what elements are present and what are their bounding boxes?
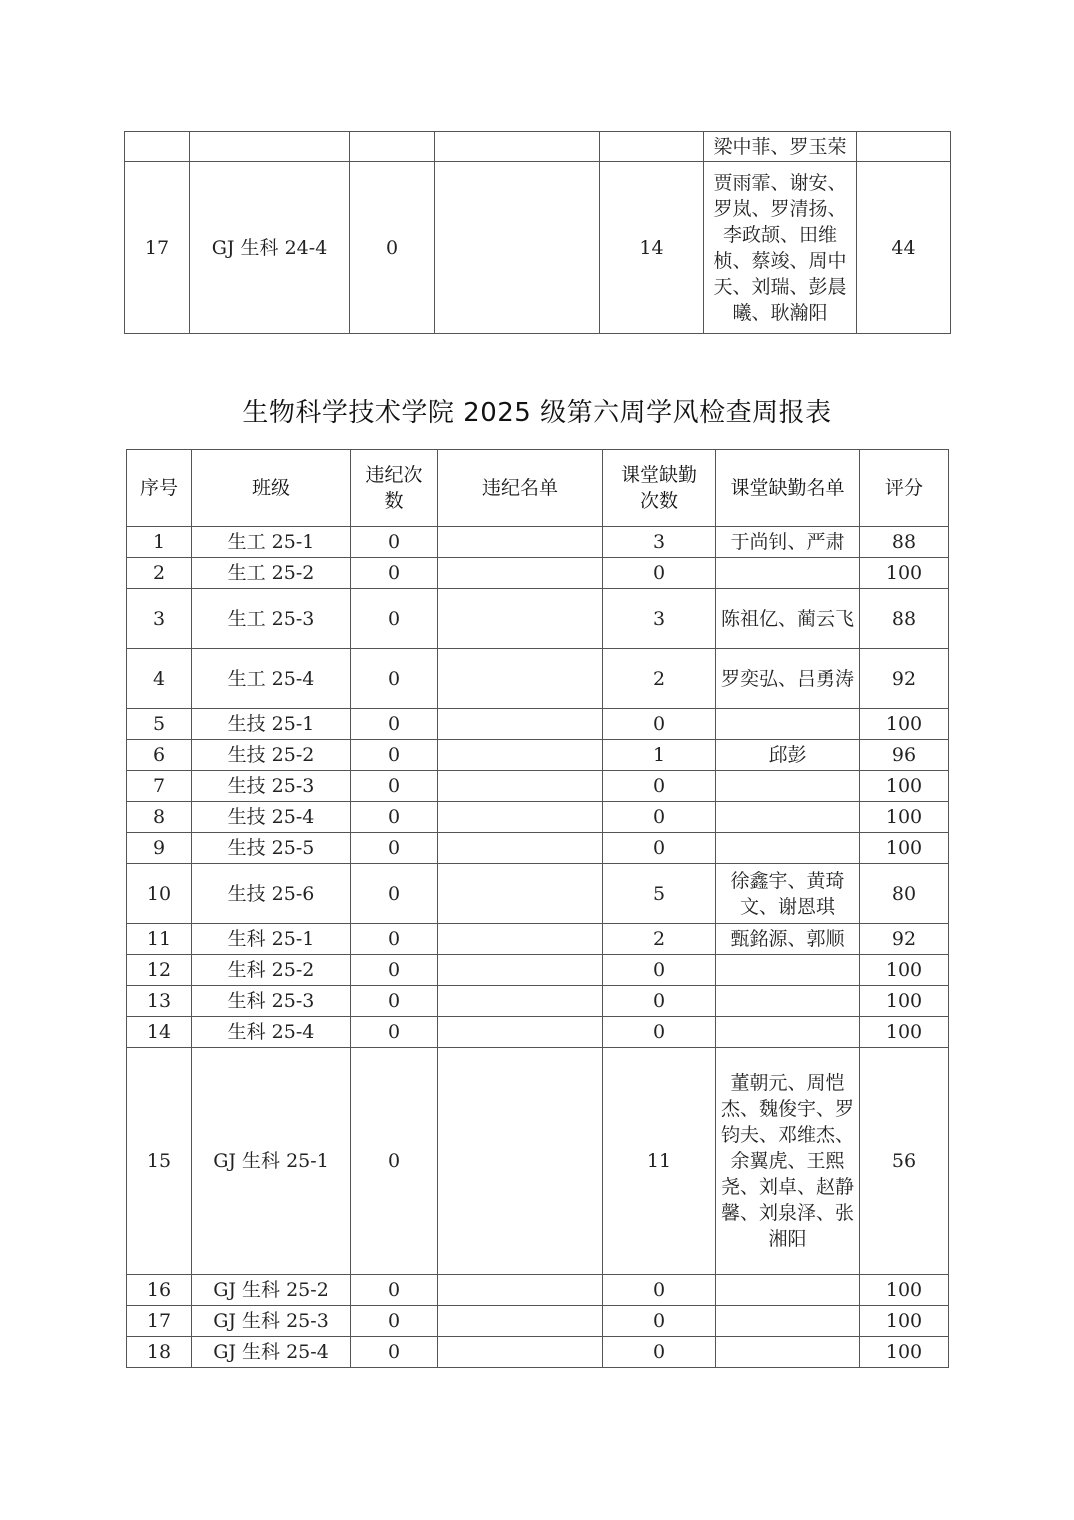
cell-no: 17 [125,162,190,334]
cell-score: 56 [860,1048,949,1275]
cell-absences: 0 [603,709,716,740]
cell-absence-names [716,1337,860,1368]
cell-score: 100 [860,986,949,1017]
cell-violations: 0 [351,1306,438,1337]
cell-absences: 0 [603,1275,716,1306]
cell-violations: 0 [350,162,435,334]
table-row: 18GJ 生科 25-400100 [127,1337,949,1368]
cell-no: 2 [127,558,192,589]
cell-violations: 0 [351,649,438,709]
cell-absences: 0 [603,955,716,986]
table-row: 8生技 25-400100 [127,802,949,833]
cell-violations: 0 [351,740,438,771]
cell-violations: 0 [351,1017,438,1048]
cell-class: GJ 生科 25-1 [192,1048,351,1275]
cell-class: GJ 生科 25-4 [192,1337,351,1368]
table-row: 7生技 25-300100 [127,771,949,802]
cell-class: 生工 25-4 [192,649,351,709]
cell-score: 100 [860,833,949,864]
cell-violation-names [435,162,600,334]
cell-no: 14 [127,1017,192,1048]
cell-violation-names [438,924,603,955]
header-absence-names: 课堂缺勤名单 [716,450,860,527]
cell-violation-names [438,589,603,649]
cell-no: 11 [127,924,192,955]
cell-class: 生工 25-1 [192,527,351,558]
header-class: 班级 [192,450,351,527]
cell-violation-names [438,1048,603,1275]
cell-class: 生科 25-1 [192,924,351,955]
cell-absences: 11 [603,1048,716,1275]
cell-absence-names: 梁中菲、罗玉荣 [704,132,857,162]
cell-score: 100 [860,709,949,740]
cell-score: 92 [860,924,949,955]
cell-absences: 2 [603,924,716,955]
cell-violation-names [435,132,600,162]
cell-violation-names [438,1017,603,1048]
cell-absence-names [716,558,860,589]
cell-score: 88 [860,589,949,649]
cell-absence-names [716,833,860,864]
cell-violation-names [438,649,603,709]
cell-violations: 0 [351,527,438,558]
cell-absence-names [716,802,860,833]
cell-score: 96 [860,740,949,771]
header-violations: 违纪次数 [351,450,438,527]
cell-violation-names [438,771,603,802]
cell-violation-names [438,1306,603,1337]
cell-score: 100 [860,955,949,986]
cell-absences: 0 [603,1306,716,1337]
cell-no: 5 [127,709,192,740]
cell-violations: 0 [351,955,438,986]
table-row: 10生技 25-605徐鑫宇、黄琦文、谢恩琪80 [127,864,949,924]
cell-violation-names [438,740,603,771]
table-row: 5生技 25-100100 [127,709,949,740]
table-row: 17GJ 生科 25-300100 [127,1306,949,1337]
cell-no: 16 [127,1275,192,1306]
table-row: 17GJ 生科 24-4014贾雨霏、谢安、罗岚、罗清扬、李政颉、田维桢、蔡竣、… [125,162,951,334]
cell-absence-names: 甄銘源、郭顺 [716,924,860,955]
cell-no: 1 [127,527,192,558]
report-title: 生物科学技术学院 2025 级第六周学风检查周报表 [0,392,1074,429]
cell-class: GJ 生科 25-3 [192,1306,351,1337]
table-row: 13生科 25-300100 [127,986,949,1017]
cell-no: 7 [127,771,192,802]
cell-no [125,132,190,162]
cell-no: 12 [127,955,192,986]
header-absences: 课堂缺勤次数 [603,450,716,527]
table-row: 4生工 25-402罗奕弘、吕勇涛92 [127,649,949,709]
cell-violation-names [438,709,603,740]
table-row: 16GJ 生科 25-200100 [127,1275,949,1306]
cell-absences: 0 [603,558,716,589]
table-row: 15GJ 生科 25-1011董朝元、周恺杰、魏俊宇、罗钧夫、邓维杰、余翼虎、王… [127,1048,949,1275]
cell-absences: 14 [600,162,704,334]
cell-absences: 3 [603,527,716,558]
cell-violations: 0 [351,1048,438,1275]
cell-violations: 0 [351,589,438,649]
cell-absences: 3 [603,589,716,649]
cell-no: 17 [127,1306,192,1337]
cell-absence-names [716,771,860,802]
cell-violation-names [438,802,603,833]
cell-absence-names [716,955,860,986]
cell-no: 13 [127,986,192,1017]
header-score: 评分 [860,450,949,527]
cell-class: 生技 25-4 [192,802,351,833]
cell-class: GJ 生科 24-4 [190,162,350,334]
cell-absence-names: 于尚钊、严肃 [716,527,860,558]
table-row: 1生工 25-103于尚钊、严肃88 [127,527,949,558]
cell-class: 生科 25-4 [192,1017,351,1048]
cell-absence-names: 贾雨霏、谢安、罗岚、罗清扬、李政颉、田维桢、蔡竣、周中天、刘瑞、彭晨曦、耿瀚阳 [704,162,857,334]
cell-violation-names [438,1275,603,1306]
cell-class: GJ 生科 25-2 [192,1275,351,1306]
cell-score: 100 [860,1306,949,1337]
cell-violations: 0 [351,771,438,802]
cell-absences: 0 [603,833,716,864]
cell-score: 100 [860,1337,949,1368]
header-violation-names: 违纪名单 [438,450,603,527]
cell-no: 10 [127,864,192,924]
cell-absence-names [716,1017,860,1048]
header-no: 序号 [127,450,192,527]
cell-absences: 0 [603,802,716,833]
cell-class: 生技 25-2 [192,740,351,771]
cell-class: 生科 25-3 [192,986,351,1017]
cell-no: 3 [127,589,192,649]
table-header-row: 序号 班级 违纪次数 违纪名单 课堂缺勤次数 课堂缺勤名单 评分 [127,450,949,527]
cell-violations: 0 [351,864,438,924]
cell-violation-names [438,527,603,558]
cell-violations: 0 [351,709,438,740]
cell-score: 100 [860,1017,949,1048]
weekly-report-table: 序号 班级 违纪次数 违纪名单 课堂缺勤次数 课堂缺勤名单 评分 1生工 25-… [126,449,949,1368]
cell-absence-names: 徐鑫宇、黄琦文、谢恩琪 [716,864,860,924]
cell-class: 生技 25-3 [192,771,351,802]
table-row: 11生科 25-102甄銘源、郭顺92 [127,924,949,955]
table-row: 2生工 25-200100 [127,558,949,589]
cell-absences: 0 [603,1337,716,1368]
cell-absence-names [716,1306,860,1337]
cell-score: 100 [860,802,949,833]
cell-class [190,132,350,162]
cell-score: 100 [860,771,949,802]
cell-no: 6 [127,740,192,771]
cell-score [857,132,951,162]
cell-absences [600,132,704,162]
cell-violation-names [438,864,603,924]
cell-class: 生技 25-6 [192,864,351,924]
cell-class: 生技 25-5 [192,833,351,864]
cell-violations: 0 [351,986,438,1017]
table-row: 6生技 25-201邱彭96 [127,740,949,771]
table-row: 3生工 25-303陈祖亿、蔺云飞88 [127,589,949,649]
cell-absence-names: 董朝元、周恺杰、魏俊宇、罗钧夫、邓维杰、余翼虎、王熙尧、刘卓、赵静馨、刘泉泽、张… [716,1048,860,1275]
cell-violation-names [438,986,603,1017]
cell-no: 4 [127,649,192,709]
cell-score: 88 [860,527,949,558]
cell-score: 80 [860,864,949,924]
cell-score: 44 [857,162,951,334]
cell-violations: 0 [351,802,438,833]
cell-violations: 0 [351,558,438,589]
cell-class: 生工 25-2 [192,558,351,589]
cell-no: 9 [127,833,192,864]
cell-score: 92 [860,649,949,709]
cell-violations: 0 [351,1337,438,1368]
cell-absence-names [716,1275,860,1306]
previous-report-table: 梁中菲、罗玉荣17GJ 生科 24-4014贾雨霏、谢安、罗岚、罗清扬、李政颉、… [124,131,951,334]
table-row: 9生技 25-500100 [127,833,949,864]
table-row: 12生科 25-200100 [127,955,949,986]
cell-absence-names [716,709,860,740]
cell-violations: 0 [351,833,438,864]
table-row: 梁中菲、罗玉荣 [125,132,951,162]
cell-score: 100 [860,1275,949,1306]
cell-absences: 0 [603,771,716,802]
cell-absence-names: 罗奕弘、吕勇涛 [716,649,860,709]
cell-absences: 1 [603,740,716,771]
cell-violation-names [438,955,603,986]
cell-violation-names [438,558,603,589]
cell-absences: 0 [603,986,716,1017]
cell-absences: 5 [603,864,716,924]
cell-absence-names: 邱彭 [716,740,860,771]
cell-violations: 0 [351,1275,438,1306]
cell-violation-names [438,833,603,864]
cell-no: 18 [127,1337,192,1368]
cell-class: 生技 25-1 [192,709,351,740]
cell-no: 8 [127,802,192,833]
cell-absence-names [716,986,860,1017]
cell-violations: 0 [351,924,438,955]
cell-absence-names: 陈祖亿、蔺云飞 [716,589,860,649]
cell-absences: 2 [603,649,716,709]
cell-no: 15 [127,1048,192,1275]
cell-class: 生科 25-2 [192,955,351,986]
cell-absences: 0 [603,1017,716,1048]
cell-violations [350,132,435,162]
cell-class: 生工 25-3 [192,589,351,649]
cell-score: 100 [860,558,949,589]
table-row: 14生科 25-400100 [127,1017,949,1048]
cell-violation-names [438,1337,603,1368]
